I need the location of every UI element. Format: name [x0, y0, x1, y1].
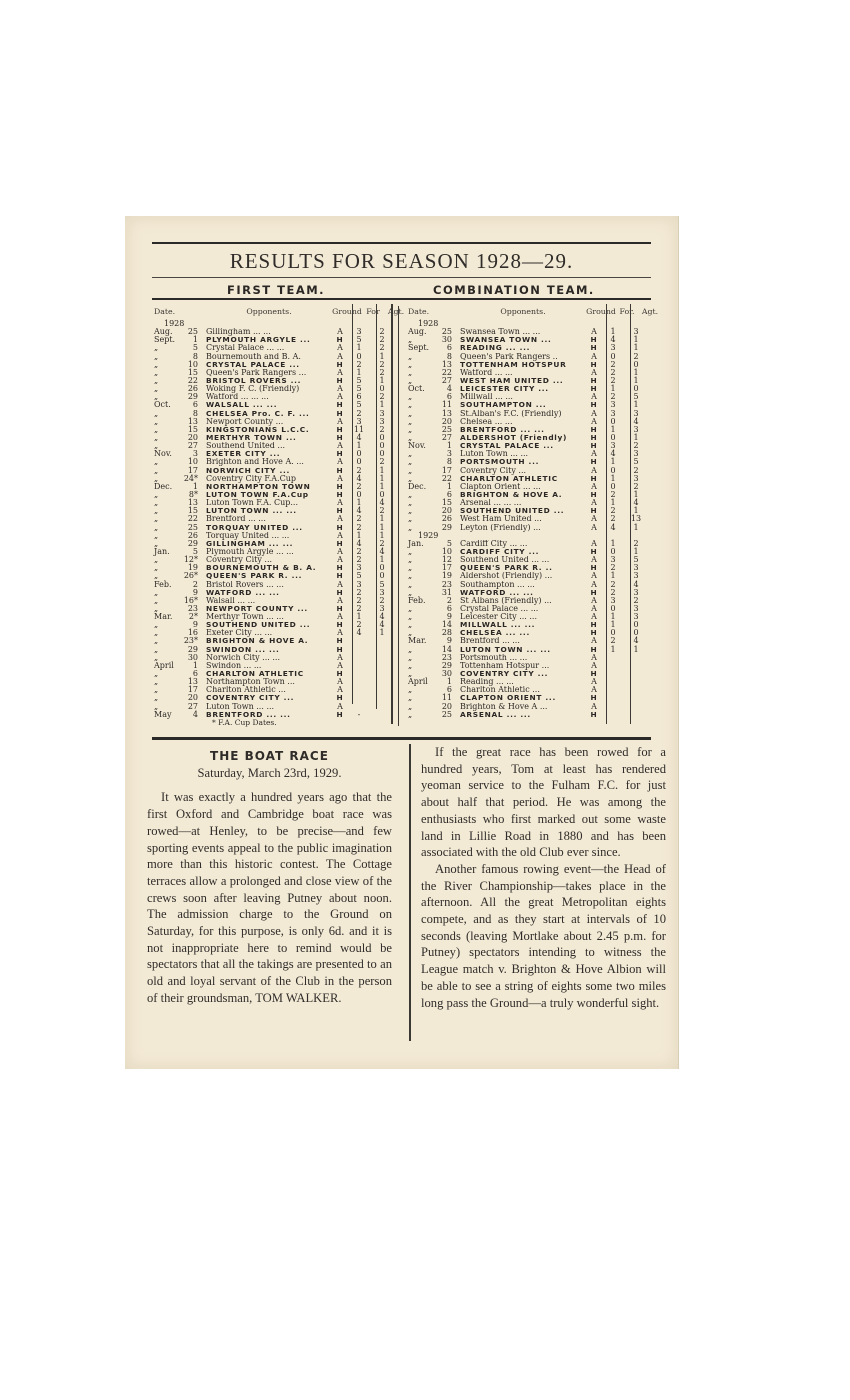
- goals-against: [624, 678, 648, 686]
- article-divider: [409, 744, 411, 1041]
- article-paragraph: It was exactly a hundred years ago that …: [147, 789, 392, 1006]
- table-row: May4BRENTFORD ... ...H-: [154, 711, 408, 719]
- opponent: Exeter City ... ...: [198, 629, 332, 637]
- opponent: CARDIFF CITY ...: [452, 548, 586, 556]
- goals-against: [624, 654, 648, 662]
- opponent: West Ham United ...: [452, 515, 586, 523]
- opponent: BRIGHTON & HOVE A.: [452, 491, 586, 499]
- opponent: LEICESTER CITY ...: [452, 385, 586, 393]
- opponent: Southend United ...: [198, 442, 332, 450]
- col-date: Date.: [154, 308, 198, 316]
- ground: H: [332, 711, 348, 719]
- opponent: Coventry City F.A.Cup: [198, 475, 332, 483]
- ground: H: [586, 711, 602, 719]
- ground: A: [586, 524, 602, 532]
- footnote: * F.A. Cup Dates.: [154, 719, 408, 727]
- article-subtitle: Saturday, March 23rd, 1929.: [147, 765, 392, 782]
- opponent: Torquay United ... ...: [198, 532, 332, 540]
- opponent: Woking F. C. (Friendly): [198, 385, 332, 393]
- opponent: NEWPORT COUNTY ...: [198, 605, 332, 613]
- match-date: Sept.1: [154, 336, 198, 344]
- column-divider: [606, 304, 607, 724]
- opponent: EXETER CITY ...: [198, 450, 332, 458]
- match-date: May4: [154, 711, 198, 719]
- match-date: „3: [408, 450, 452, 458]
- opponent: LUTON TOWN ... ...: [198, 507, 332, 515]
- opponent: Swansea Town ... ...: [452, 328, 586, 336]
- opponent: Charlton Athletic ...: [452, 686, 586, 694]
- opponent: BOURNEMOUTH & B. A.: [198, 564, 332, 572]
- opponent: Luton Town F.A. Cup...: [198, 499, 332, 507]
- match-date: Oct.6: [154, 401, 198, 409]
- opponent: LUTON TOWN ... ...: [452, 646, 586, 654]
- opponent: Northampton Town ...: [198, 678, 332, 686]
- section-divider: [391, 304, 393, 724]
- goals-against: [624, 694, 648, 702]
- combination-team-results-table: Date. Opponents. Ground For. Agt. 1928Au…: [408, 304, 662, 719]
- opponent: CRYSTAL PALACE ...: [198, 361, 332, 369]
- column-divider: [352, 304, 353, 704]
- match-date: Oct.4: [408, 385, 452, 393]
- opponent: Bristol Rovers ... ...: [198, 581, 332, 589]
- opponent: Southampton ... ...: [452, 581, 586, 589]
- opponent: Millwall ... ...: [452, 393, 586, 401]
- article-paragraph: Another famous rowing event—the Head of …: [421, 861, 666, 1011]
- opponent: READING ... ...: [452, 344, 586, 352]
- match-date: Sept.6: [408, 344, 452, 352]
- col-for: For: [362, 308, 384, 316]
- heading-rule: [152, 298, 651, 300]
- opponent: Newport County ...: [198, 418, 332, 426]
- opponent: Queen's Park Rangers ...: [198, 369, 332, 377]
- opponent: LUTON TOWN F.A.Cup: [198, 491, 332, 499]
- opponent: Watford ... ...: [452, 369, 586, 377]
- match-date: April1: [154, 662, 198, 670]
- opponent: TOTTENHAM HOTSPUR: [452, 361, 586, 369]
- opponent: WATFORD ... ...: [198, 589, 332, 597]
- match-date: „5: [154, 344, 198, 352]
- opponent: TORQUAY UNITED ...: [198, 524, 332, 532]
- opponent: Coventry City ...: [198, 556, 332, 564]
- col-ground: Ground: [332, 308, 362, 316]
- opponent: Brentford ... ...: [452, 637, 586, 645]
- opponent: Luton Town ... ...: [452, 450, 586, 458]
- opponent: Leicester City ... ...: [452, 613, 586, 621]
- opponent: GILLINGHAM ... ...: [198, 540, 332, 548]
- table-row: „29Leyton (Friendly) ...A41: [408, 524, 662, 532]
- col-agt: Agt.: [638, 308, 662, 316]
- title-rule: [152, 277, 651, 278]
- opponent: CHELSEA Pro. C. F. ...: [198, 410, 332, 418]
- opponent: Portsmouth ... ...: [452, 654, 586, 662]
- month: May: [154, 711, 180, 719]
- opponent: ALDERSHOT (Friendly): [452, 434, 586, 442]
- opponent: Brighton and Hove A. ...: [198, 458, 332, 466]
- section-rule: [152, 737, 651, 740]
- goals-against: [624, 703, 648, 711]
- opponent: KINGSTONIANS L.C.C.: [198, 426, 332, 434]
- match-date: Feb.2: [154, 581, 198, 589]
- opponent: BRISTOL ROVERS ...: [198, 377, 332, 385]
- match-date: „6: [408, 605, 452, 613]
- opponent: NORWICH CITY ...: [198, 467, 332, 475]
- opponent: Luton Town ... ...: [198, 703, 332, 711]
- opponent: Southend United ... ...: [452, 556, 586, 564]
- opponent: Arsenal ... ... ...: [452, 499, 586, 507]
- match-date: Feb.2: [408, 597, 452, 605]
- opponent: Swindon ... ...: [198, 662, 332, 670]
- opponent: Crystal Palace ... ...: [198, 344, 332, 352]
- opponent: Brighton & Hove A ...: [452, 703, 586, 711]
- opponent: WATFORD ... ...: [452, 589, 586, 597]
- col-opponents: Opponents.: [452, 308, 586, 316]
- table-row: „25ARSENAL ... ...H: [408, 711, 662, 719]
- col-opponents: Opponents.: [198, 308, 332, 316]
- opponent: Bournemouth and B. A.: [198, 353, 332, 361]
- opponent: Norwich City ... ...: [198, 654, 332, 662]
- opponent: CRYSTAL PALACE ...: [452, 442, 586, 450]
- goals-for: -: [348, 711, 370, 719]
- opponent: St Albans (Friendly) ...: [452, 597, 586, 605]
- article-title: THE BOAT RACE: [147, 748, 392, 765]
- table-body: 1928Aug.25Gillingham ... ...A32Sept.1PLY…: [154, 320, 408, 719]
- match-date: April1: [408, 678, 452, 686]
- opponent: Brentford ... ...: [198, 515, 332, 523]
- table-header: Date. Opponents. Ground For. Agt.: [408, 304, 662, 320]
- top-rule: [152, 242, 651, 244]
- opponent: CLAPTON ORIENT ...: [452, 694, 586, 702]
- match-date: Mar.2*: [154, 613, 198, 621]
- col-agt: Agt.: [384, 308, 408, 316]
- opponent: BRIGHTON & HOVE A.: [198, 637, 332, 645]
- opponent: Reading ... ...: [452, 678, 586, 686]
- goals-against: [624, 686, 648, 694]
- first-team-heading: FIRST TEAM.: [227, 283, 325, 297]
- opponent: Charlton Athletic ...: [198, 686, 332, 694]
- day: 25: [434, 711, 452, 719]
- opponent: COVENTRY CITY ...: [452, 670, 586, 678]
- match-date: „25: [408, 711, 452, 719]
- opponent: Queen's Park Rangers ..: [452, 353, 586, 361]
- opponent: QUEEN'S PARK R. ...: [198, 572, 332, 580]
- opponent: COVENTRY CITY ...: [198, 694, 332, 702]
- column-divider: [630, 304, 631, 724]
- opponent: PORTSMOUTH ...: [452, 458, 586, 466]
- col-ground: Ground: [586, 308, 616, 316]
- opponent: Crystal Palace ... ...: [452, 605, 586, 613]
- match-date: Dec.1: [408, 483, 452, 491]
- opponent: MERTHYR TOWN ...: [198, 434, 332, 442]
- opponent: WEST HAM UNITED ...: [452, 377, 586, 385]
- page-title: RESULTS FOR SEASON 1928—29.: [125, 249, 678, 274]
- opponent: Coventry City ...: [452, 467, 586, 475]
- opponent: Merthyr Town ... ...: [198, 613, 332, 621]
- opponent: CHARLTON ATHLETIC: [198, 670, 332, 678]
- day: 4: [180, 711, 198, 719]
- table-body: 1928Aug.25Swansea Town ... ...A13„30SWAN…: [408, 320, 662, 719]
- opponent: Tottenham Hotspur ...: [452, 662, 586, 670]
- col-for: For.: [616, 308, 638, 316]
- opponent: WALSALL ... ...: [198, 401, 332, 409]
- goals-against: [624, 670, 648, 678]
- opponent: NORTHAMPTON TOWN: [198, 483, 332, 491]
- table-header: Date. Opponents. Ground For Agt.: [154, 304, 408, 320]
- opponent: SWINDON ... ...: [198, 646, 332, 654]
- boat-race-article-left: THE BOAT RACE Saturday, March 23rd, 1929…: [147, 748, 392, 1007]
- opponent: Clapton Orient ... ...: [452, 483, 586, 491]
- opponent: Gillingham ... ...: [198, 328, 332, 336]
- opponent: BRENTFORD ... ...: [452, 426, 586, 434]
- section-divider: [398, 306, 399, 726]
- opponent: ARSENAL ... ...: [452, 711, 586, 719]
- match-date: Nov.1: [408, 442, 452, 450]
- opponent: Watford ... ... ...: [198, 393, 332, 401]
- combination-team-heading: COMBINATION TEAM.: [433, 283, 595, 297]
- opponent: Aldershot (Friendly) ...: [452, 572, 586, 580]
- goals-against: [624, 662, 648, 670]
- opponent: Walsall ... ...: [198, 597, 332, 605]
- article-paragraph: If the great race has been rowed for a h…: [421, 744, 666, 861]
- opponent: PLYMOUTH ARGYLE ...: [198, 336, 332, 344]
- boat-race-article-right: If the great race has been rowed for a h…: [421, 744, 666, 1011]
- opponent: Leyton (Friendly) ...: [452, 524, 586, 532]
- opponent: QUEEN'S PARK R. ..: [452, 564, 586, 572]
- goals-against: [624, 711, 648, 719]
- opponent: SOUTHEND UNITED ...: [198, 621, 332, 629]
- opponent: SWANSEA TOWN ...: [452, 336, 586, 344]
- month: „: [408, 711, 434, 719]
- opponent: CHARLTON ATHLETIC: [452, 475, 586, 483]
- programme-page: RESULTS FOR SEASON 1928—29. FIRST TEAM. …: [125, 216, 679, 1069]
- opponent: MILLWALL ... ...: [452, 621, 586, 629]
- col-date: Date.: [408, 308, 452, 316]
- opponent: SOUTHAMPTON ...: [452, 401, 586, 409]
- opponent: CHELSEA ... ...: [452, 629, 586, 637]
- opponent: Cardiff City ... ...: [452, 540, 586, 548]
- opponent: St.Alban's F.C. (Friendly): [452, 410, 586, 418]
- goals-against: 1: [624, 646, 648, 654]
- opponent: SOUTHEND UNITED ...: [452, 507, 586, 515]
- column-divider: [376, 304, 377, 709]
- opponent: Chelsea ... ...: [452, 418, 586, 426]
- opponent: Plymouth Argyle ... ...: [198, 548, 332, 556]
- first-team-results-table: Date. Opponents. Ground For Agt. 1928Aug…: [154, 304, 408, 727]
- goals-against: 1: [624, 524, 648, 532]
